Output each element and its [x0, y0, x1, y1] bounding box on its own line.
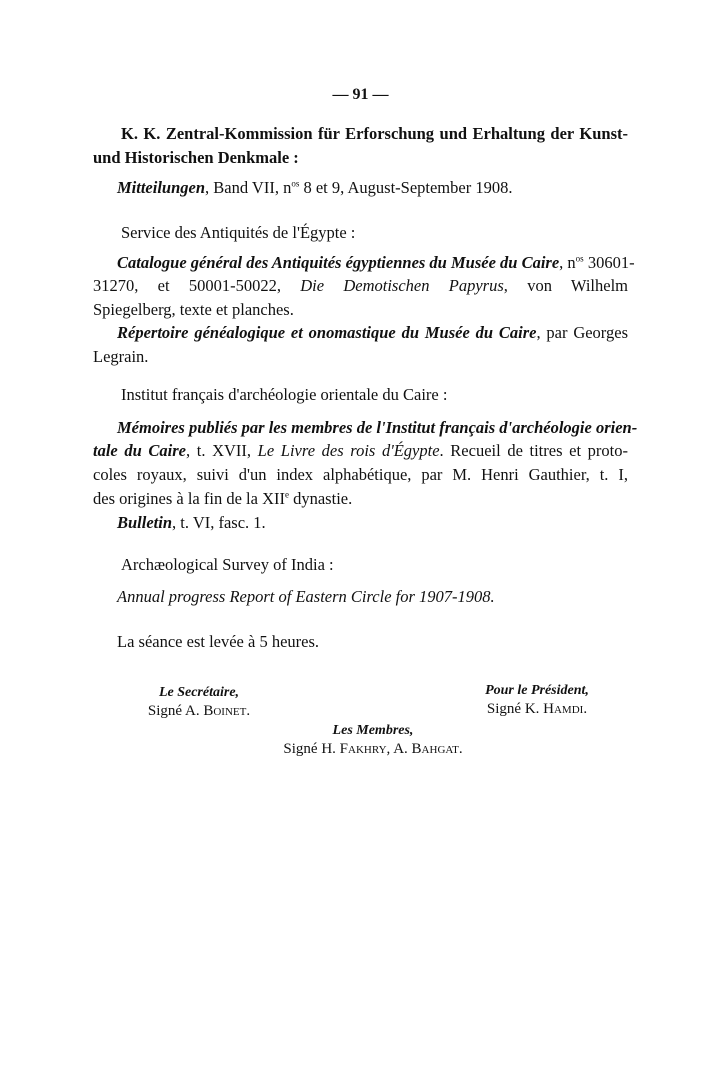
entry-memoires-line4: des origines à la fin de la XIIe dynasti… [93, 489, 352, 509]
entry-catalogue: Catalogue général des Antiquités égyptie… [117, 253, 628, 273]
signer-name: Hamdi. [543, 701, 587, 717]
entry-title: Bulletin [117, 513, 172, 532]
entry-memoires-line2: tale du Caire, t. XVII, Le Livre des roi… [93, 441, 628, 461]
entry-mitteilungen: Mitteilungen, Band VII, nos 8 et 9, Augu… [117, 178, 512, 198]
entry-text: , Band VII, n [205, 178, 291, 197]
signed-text: Signé K. [487, 701, 543, 717]
entry-memoires: Mémoires publiés par les membres de l'In… [117, 418, 628, 438]
signature-president: Pour le Président, Signé K. Hamdi. [467, 682, 607, 718]
entry-text: 30601- [584, 253, 635, 272]
signed-text: Signé A. [148, 703, 203, 719]
entry-repertoire: Répertoire généalogique et onomastique d… [117, 323, 628, 343]
entry-text: , von Wilhelm [504, 276, 628, 295]
entry-title: Le Livre des rois d'Égypte [258, 441, 440, 460]
president-signed: Signé K. Hamdi. [467, 700, 607, 718]
entry-text: , t. VI, fasc. 1. [172, 513, 266, 532]
page-number: — 91 — [93, 86, 628, 104]
president-role: Pour le Président, [467, 682, 607, 700]
entry-bulletin: Bulletin, t. VI, fasc. 1. [117, 513, 266, 533]
signature-members: Les Membres, Signé H. Fakhry, A. Bahgat. [253, 722, 493, 758]
signer-name: Bahgat. [412, 741, 463, 757]
entry-text: des origines à la fin de la XII [93, 489, 285, 508]
entry-text: . Recueil de titres et proto- [440, 441, 628, 460]
section-heading-institut: Institut français d'archéologie oriental… [121, 385, 447, 405]
entry-text: 8 et 9, August-September 1908. [299, 178, 512, 197]
entry-repertoire-line2: Legrain. [93, 347, 148, 367]
entry-text: , t. XVII, [186, 441, 258, 460]
entry-catalogue-line3: Spiegelberg, texte et planches. [93, 300, 294, 320]
entry-annual-report: Annual progress Report of Eastern Circle… [117, 587, 495, 607]
entry-text: , n [559, 253, 576, 272]
entry-text: dynastie. [289, 489, 352, 508]
entry-title: Die Demotischen Papyrus [300, 276, 504, 295]
signer-name: Fakhry [340, 741, 387, 757]
section-heading-india: Archæological Survey of India : [121, 555, 334, 575]
signature-secretary: Le Secrétaire, Signé A. Boinet. [129, 684, 269, 720]
closing-statement: La séance est levée à 5 heures. [117, 632, 319, 652]
section-heading-service: Service des Antiquités de l'Égypte : [121, 223, 355, 243]
signed-text: Signé H. [283, 741, 339, 757]
entry-text: , par Georges [536, 323, 628, 342]
entry-title: Répertoire généalogique et onomastique d… [117, 323, 536, 342]
members-role: Les Membres, [253, 722, 493, 740]
entry-title: tale du Caire [93, 441, 186, 460]
entry-title: Mitteilungen [117, 178, 205, 197]
section-heading-kk: K. K. Zentral-Kommission für Erforschung… [121, 124, 628, 144]
members-signed: Signé H. Fakhry, A. Bahgat. [253, 740, 493, 758]
entry-memoires-line3: coles royaux, suivi d'un index alphabéti… [93, 465, 628, 485]
entry-catalogue-line2: 31270, et 50001-50022, Die Demotischen P… [93, 276, 628, 296]
entry-title: Catalogue général des Antiquités égyptie… [117, 253, 559, 272]
entry-text: 31270, et 50001-50022, [93, 276, 300, 295]
signer-name: Boinet. [203, 703, 250, 719]
heading-text: K. K. Zentral-Kommission für Erforschung… [121, 124, 628, 143]
secretary-signed: Signé A. Boinet. [129, 702, 269, 720]
entry-sup: os [576, 254, 584, 264]
section-heading-kk-cont: und Historischen Denkmale : [93, 148, 299, 168]
secretary-role: Le Secrétaire, [129, 684, 269, 702]
signed-text: , A. [387, 741, 412, 757]
